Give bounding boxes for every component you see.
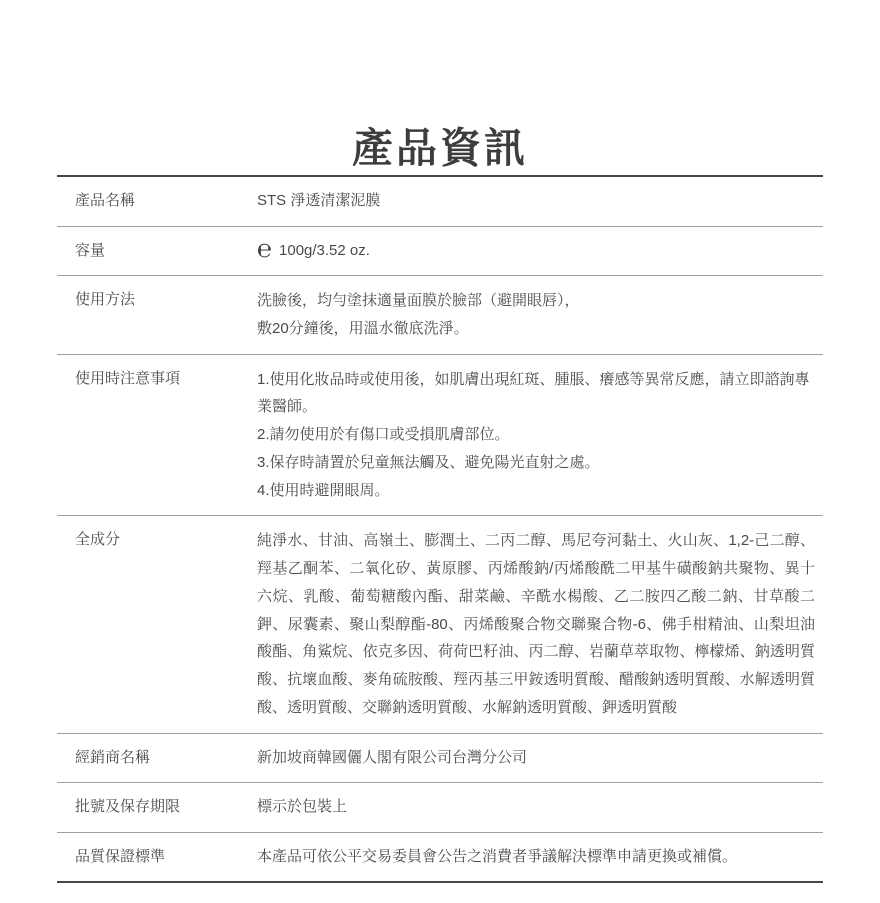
- usage-line: 洗臉後，均勻塗抹適量面膜於臉部（避開眼唇），: [257, 287, 815, 315]
- product-info-page: 產品資訊 產品名稱 STS 淨透清潔泥膜 容量 ℮100g/3.52 oz. 使…: [0, 0, 880, 903]
- row-label: 全成分: [57, 516, 257, 732]
- table-row-precautions: 使用時注意事項 1.使用化妝品時或使用後，如肌膚出現紅斑、腫脹、癢感等異常反應，…: [57, 354, 823, 516]
- precaution-line: 1.使用化妝品時或使用後，如肌膚出現紅斑、腫脹、癢感等異常反應，請立即諮詢專業醫…: [257, 366, 815, 422]
- row-value: STS 淨透清潔泥膜: [257, 177, 823, 226]
- row-label: 批號及保存期限: [57, 783, 257, 832]
- precaution-line: 4.使用時避開眼周。: [257, 477, 815, 505]
- table-row-distributor: 經銷商名稱 新加坡商韓國儷人閣有限公司台灣分公司: [57, 733, 823, 783]
- table-row-ingredients: 全成分 純淨水、甘油、高嶺土、膨潤土、二丙二醇、馬尼夸河黏土、火山灰、1,2-己…: [57, 515, 823, 732]
- row-label: 使用時注意事項: [57, 355, 257, 516]
- row-label: 使用方法: [57, 276, 257, 354]
- row-label: 產品名稱: [57, 177, 257, 226]
- estimated-quantity-icon: ℮: [257, 235, 272, 263]
- table-row-quality-standard: 品質保證標準 本產品可依公平交易委員會公告之消費者爭議解決標準申請更換或補償。: [57, 832, 823, 882]
- table-row-volume: 容量 ℮100g/3.52 oz.: [57, 226, 823, 276]
- product-info-table: 產品名稱 STS 淨透清潔泥膜 容量 ℮100g/3.52 oz. 使用方法 洗…: [57, 175, 823, 883]
- row-label: 經銷商名稱: [57, 734, 257, 783]
- row-value: 1.使用化妝品時或使用後，如肌膚出現紅斑、腫脹、癢感等異常反應，請立即諮詢專業醫…: [257, 355, 823, 516]
- row-value: 本產品可依公平交易委員會公告之消費者爭議解決標準申請更換或補償。: [257, 833, 823, 882]
- table-row-product-name: 產品名稱 STS 淨透清潔泥膜: [57, 177, 823, 226]
- usage-line: 敷20分鐘後，用溫水徹底洗淨。: [257, 315, 815, 343]
- row-value: 純淨水、甘油、高嶺土、膨潤土、二丙二醇、馬尼夸河黏土、火山灰、1,2-己二醇、羥…: [257, 516, 823, 732]
- table-row-batch-expiry: 批號及保存期限 標示於包裝上: [57, 782, 823, 832]
- row-value: ℮100g/3.52 oz.: [257, 227, 823, 276]
- page-title: 產品資訊: [0, 115, 880, 174]
- row-value: 新加坡商韓國儷人閣有限公司台灣分公司: [257, 734, 823, 783]
- precaution-line: 3.保存時請置於兒童無法觸及、避免陽光直射之處。: [257, 449, 815, 477]
- row-value: 洗臉後，均勻塗抹適量面膜於臉部（避開眼唇）， 敷20分鐘後，用溫水徹底洗淨。: [257, 276, 823, 354]
- precaution-line: 2.請勿使用於有傷口或受損肌膚部位。: [257, 421, 815, 449]
- volume-text: 100g/3.52 oz.: [279, 242, 370, 259]
- row-label: 品質保證標準: [57, 833, 257, 882]
- row-label: 容量: [57, 227, 257, 276]
- row-value: 標示於包裝上: [257, 783, 823, 832]
- table-row-usage: 使用方法 洗臉後，均勻塗抹適量面膜於臉部（避開眼唇）， 敷20分鐘後，用溫水徹底…: [57, 275, 823, 354]
